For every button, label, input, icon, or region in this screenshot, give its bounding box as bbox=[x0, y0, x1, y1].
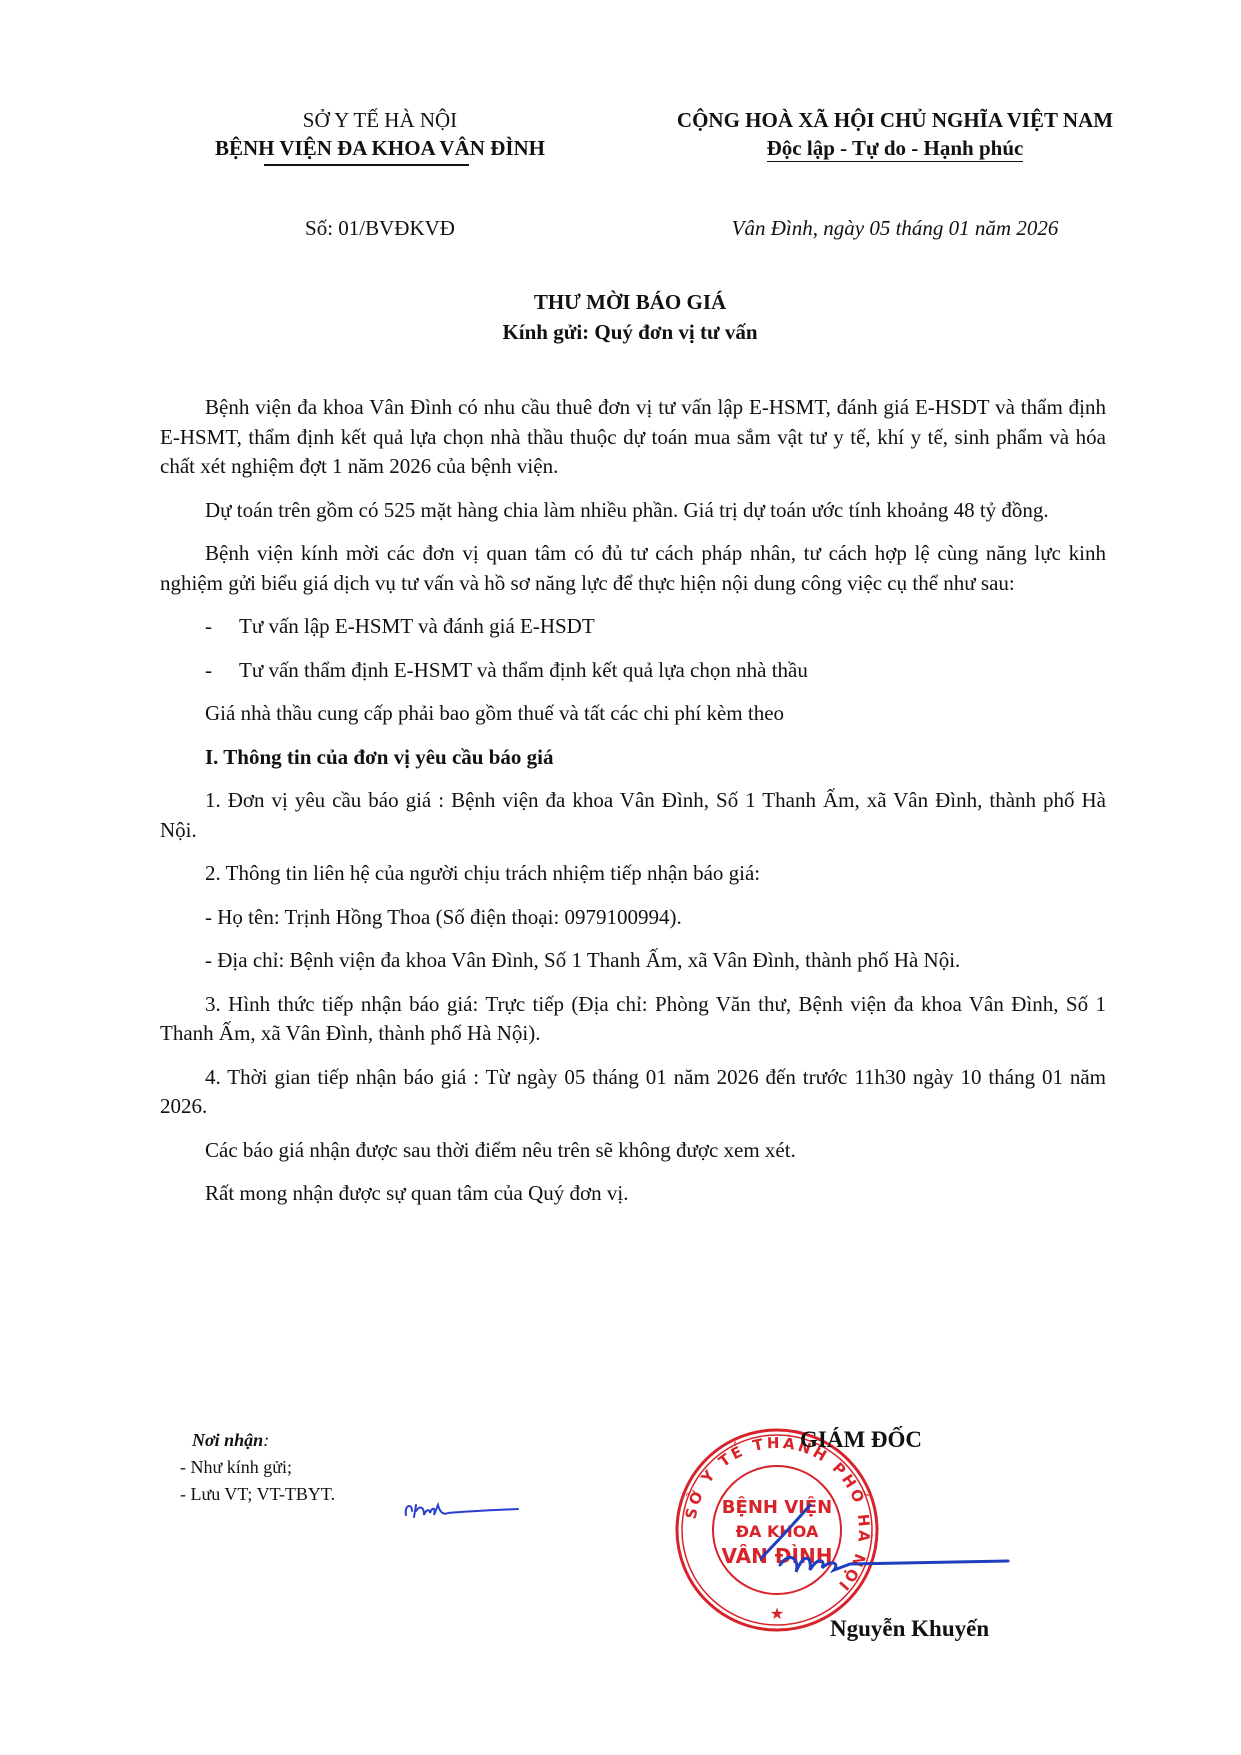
paragraph-price-note: Giá nhà thầu cung cấp phải bao gồm thuế … bbox=[160, 699, 1106, 729]
recipients-block: Nơi nhận: - Như kính gửi; - Lưu VT; VT-T… bbox=[180, 1427, 335, 1508]
contact-name: - Họ tên: Trịnh Hồng Thoa (Số điện thoại… bbox=[160, 903, 1106, 933]
list-item: - Tư vấn lập E-HSMT và đánh giá E-HSDT bbox=[160, 612, 1106, 642]
bullet-dash: - bbox=[205, 612, 239, 642]
deadline-note: Các báo giá nhận được sau thời điểm nêu … bbox=[160, 1136, 1106, 1166]
document-number: Số: 01/BVĐKVĐ bbox=[130, 216, 630, 241]
initial-signature-icon bbox=[400, 1493, 520, 1523]
org-underline bbox=[264, 164, 469, 166]
closing-line: Rất mong nhận được sự quan tâm của Quý đ… bbox=[160, 1179, 1106, 1209]
info-item-4: 4. Thời gian tiếp nhận báo giá : Từ ngày… bbox=[160, 1063, 1106, 1122]
nation-name: CỘNG HOÀ XÃ HỘI CHỦ NGHĨA VIỆT NAM bbox=[610, 106, 1180, 134]
agency-name: SỞ Y TẾ HÀ NỘI bbox=[130, 106, 630, 134]
signatory-name: Nguyễn Khuyến bbox=[830, 1616, 989, 1642]
header-right: CỘNG HOÀ XÃ HỘI CHỦ NGHĨA VIỆT NAM Độc l… bbox=[610, 106, 1180, 162]
title-block: THƯ MỜI BÁO GIÁ Kính gửi: Quý đơn vị tư … bbox=[130, 287, 1130, 347]
signatory-title: GIÁM ĐỐC bbox=[800, 1427, 922, 1453]
recipient-item: - Như kính gửi; bbox=[180, 1454, 335, 1481]
info-item-2: 2. Thông tin liên hệ của người chịu trác… bbox=[160, 859, 1106, 889]
recipient-item: - Lưu VT; VT-TBYT. bbox=[180, 1481, 335, 1508]
letter-recipient: Kính gửi: Quý đơn vị tư vấn bbox=[130, 317, 1130, 347]
paragraph-invitation: Bệnh viện kính mời các đơn vị quan tâm c… bbox=[160, 539, 1106, 598]
recipients-label: Nơi nhận: bbox=[180, 1427, 335, 1454]
organization-name: BỆNH VIỆN ĐA KHOA VÂN ĐÌNH bbox=[130, 134, 630, 162]
list-item: - Tư vấn thẩm định E-HSMT và thẩm định k… bbox=[160, 656, 1106, 686]
section-heading: I. Thông tin của đơn vị yêu cầu báo giá bbox=[160, 743, 1106, 773]
handwritten-signature-icon bbox=[760, 1490, 1010, 1620]
motto: Độc lập - Tự do - Hạnh phúc bbox=[610, 134, 1180, 162]
header-left: SỞ Y TẾ HÀ NỘI BỆNH VIỆN ĐA KHOA VÂN ĐÌN… bbox=[130, 106, 630, 162]
letter-title: THƯ MỜI BÁO GIÁ bbox=[130, 287, 1130, 317]
bullet-dash: - bbox=[205, 656, 239, 686]
info-item-1: 1. Đơn vị yêu cầu báo giá : Bệnh viện đa… bbox=[160, 786, 1106, 845]
letter-body: Bệnh viện đa khoa Vân Đình có nhu cầu th… bbox=[160, 393, 1106, 1223]
paragraph-intro: Bệnh viện đa khoa Vân Đình có nhu cầu th… bbox=[160, 393, 1106, 482]
place-date: Vân Đình, ngày 05 tháng 01 năm 2026 bbox=[610, 216, 1180, 241]
info-item-3: 3. Hình thức tiếp nhận báo giá: Trực tiế… bbox=[160, 990, 1106, 1049]
contact-address: - Địa chỉ: Bệnh viện đa khoa Vân Đình, S… bbox=[160, 946, 1106, 976]
paragraph-estimate: Dự toán trên gồm có 525 mặt hàng chia là… bbox=[160, 496, 1106, 526]
